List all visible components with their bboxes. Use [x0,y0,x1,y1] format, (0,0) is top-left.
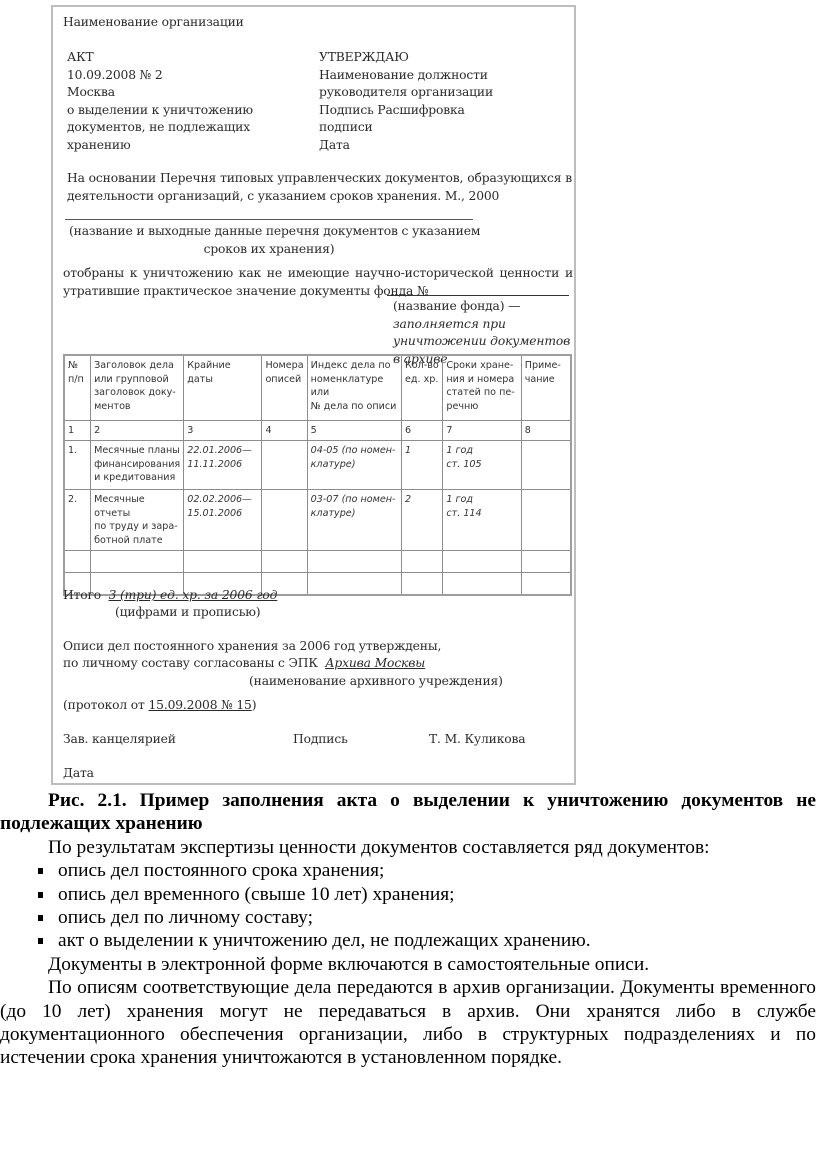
table-cell: 2 [91,421,184,441]
table-row [64,551,571,573]
approval-line: Наименование должности [319,67,493,85]
table-cell: 1 [64,421,91,441]
basis-fill-line [65,219,473,220]
table-cell [401,551,442,573]
table-cell: 02.02.2006— 15.01.2006 [184,490,262,551]
table-cell: 2. [64,490,91,551]
protocol-line: (протокол от 15.09.2008 № 15) [63,697,256,715]
list-item: опись дел постоянного срока хранения; [38,859,816,882]
table-header-cell: Индекс дела по номенклатуре или № дела п… [307,355,401,421]
table-cell [443,551,521,573]
electronic-paragraph: Документы в электронной форме включаются… [0,953,816,976]
signature-date: Дата [63,765,94,783]
total-label: Итого [63,588,101,602]
document-list: опись дел постоянного срока хранения; оп… [0,859,816,953]
approval-title: УТВЕРЖДАЮ [319,49,493,67]
archive-hint: (наименование архивного учреждения) [249,673,503,691]
table-cell [521,573,571,596]
table-cell [521,551,571,573]
protocol-prefix: (протокол от [63,698,145,712]
table-cell: 6 [401,421,442,441]
list-item-text: акт о выделении к уничтожению дел, не по… [58,930,591,951]
total-line: Итого 3 (три) ед. хр. за 2006 год [63,587,277,605]
table-cell: 1. [64,441,91,490]
table-cell [401,573,442,596]
table-row: 1.Месячные планы финансирования и кредит… [64,441,571,490]
table-header-cell: Заголовок дела или групповой заголовок д… [91,355,184,421]
table-header-cell: Крайние даты [184,355,262,421]
table-cell: 1 [401,441,442,490]
table-header-cell: Номера описей [262,355,307,421]
inventory-approval-line: Описи дел постоянного хранения за 2006 г… [63,638,441,656]
act-title: АКТ [67,49,253,67]
list-item: акт о выделении к уничтожению дел, не по… [38,929,816,952]
table-header-cell: Приме- чание [521,355,571,421]
table-cell: Месячные планы финансирования и кредитов… [91,441,184,490]
approval-line: руководителя организации [319,84,493,102]
table-row: 2.Месячные отчеты по труду и зара- ботно… [64,490,571,551]
act-header-block: АКТ 10.09.2008 № 2 Москва о выделении к … [67,49,253,154]
table-cell: 7 [443,421,521,441]
table-cell [307,551,401,573]
basis-text: На основании Перечня типовых управленчес… [67,170,572,205]
bullet-icon [38,868,43,874]
bullet-icon [38,938,43,944]
table-cell: 3 [184,421,262,441]
basis-hint: (название и выходные данные перечня доку… [69,223,469,258]
table-cell: 5 [307,421,401,441]
protocol-suffix: ) [252,698,257,712]
table-cell: Месячные отчеты по труду и зара- ботной … [91,490,184,551]
approval-line: Подпись Расшифровка [319,102,493,120]
table-cell: 1 год ст. 114 [443,490,521,551]
fund-fill-line [387,295,569,296]
act-city: Москва [67,84,253,102]
body-text: Рис. 2.1. Пример заполнения акта о выдел… [0,789,816,1070]
act-date-number: 10.09.2008 № 2 [67,67,253,85]
signature-name: Т. М. Куликова [429,731,525,749]
table-cell: 1 год ст. 105 [443,441,521,490]
table-cell: 4 [262,421,307,441]
figure-caption: Рис. 2.1. Пример заполнения акта о выдел… [0,789,816,836]
total-value: 3 (три) ед. хр. за 2006 год [109,588,278,602]
table-cell [184,551,262,573]
list-item-text: опись дел постоянного срока хранения; [58,860,384,881]
bullet-icon [38,892,43,898]
approval-line: подписи [319,119,493,137]
bullet-icon [38,915,43,921]
basis-hint-line: (название и выходные данные перечня доку… [69,223,469,241]
table-cell: 04-05 (по номен- клатуре) [307,441,401,490]
act-subject-line: хранению [67,137,253,155]
table-cell [521,490,571,551]
act-form-figure: Наименование организации АКТ 10.09.2008 … [51,5,576,785]
act-subject-line: о выделении к уничтожению [67,102,253,120]
table-cell: 2 [401,490,442,551]
list-item-text: опись дел по личному составу; [58,907,313,928]
table-header-cell: Сроки хране- ния и номера статей по пе- … [443,355,521,421]
signature-placeholder: Подпись [293,731,348,749]
table-cell [262,490,307,551]
table-header-cell: Кол-во ед. хр. [401,355,442,421]
table-header-cell: № п/п [64,355,91,421]
organization-name: Наименование организации [63,14,244,32]
table-cell [307,573,401,596]
list-item: опись дел по личному составу; [38,906,816,929]
table-header-row: № п/пЗаголовок дела или групповой заголо… [64,355,571,421]
table-column-numbers-row: 12345678 [64,421,571,441]
table-cell [64,551,91,573]
table-cell [443,573,521,596]
protocol-value: 15.09.2008 № 15 [148,698,251,712]
table-cell [262,551,307,573]
list-item-text: опись дел временного (свыше 10 лет) хран… [58,884,455,905]
basis-hint-line: сроков их хранения) [69,241,469,259]
fund-hint-plain: (название фонда) — [393,299,520,313]
table-cell [91,551,184,573]
table-cell: 03-07 (по номен- клатуре) [307,490,401,551]
signature-role: Зав. канцелярией [63,731,176,749]
intro-paragraph: По результатам экспертизы ценности докум… [0,836,816,859]
table-cell [262,441,307,490]
list-item: опись дел временного (свыше 10 лет) хран… [38,883,816,906]
documents-table: № п/пЗаголовок дела или групповой заголо… [63,354,572,596]
inventory-agreement-prefix: по личному составу согласованы с ЭПК [63,656,318,670]
approval-block: УТВЕРЖДАЮ Наименование должности руковод… [319,49,493,154]
total-hint: (цифрами и прописью) [115,604,260,622]
archive-name: Архива Москвы [325,656,425,670]
table-cell [521,441,571,490]
final-paragraph: По описям соответствующие дела передаютс… [0,976,816,1070]
table-cell: 22.01.2006— 11.11.2006 [184,441,262,490]
inventory-agreement-line: по личному составу согласованы с ЭПК Арх… [63,655,425,673]
approval-line: Дата [319,137,493,155]
table-cell: 8 [521,421,571,441]
act-subject-line: документов, не подлежащих [67,119,253,137]
